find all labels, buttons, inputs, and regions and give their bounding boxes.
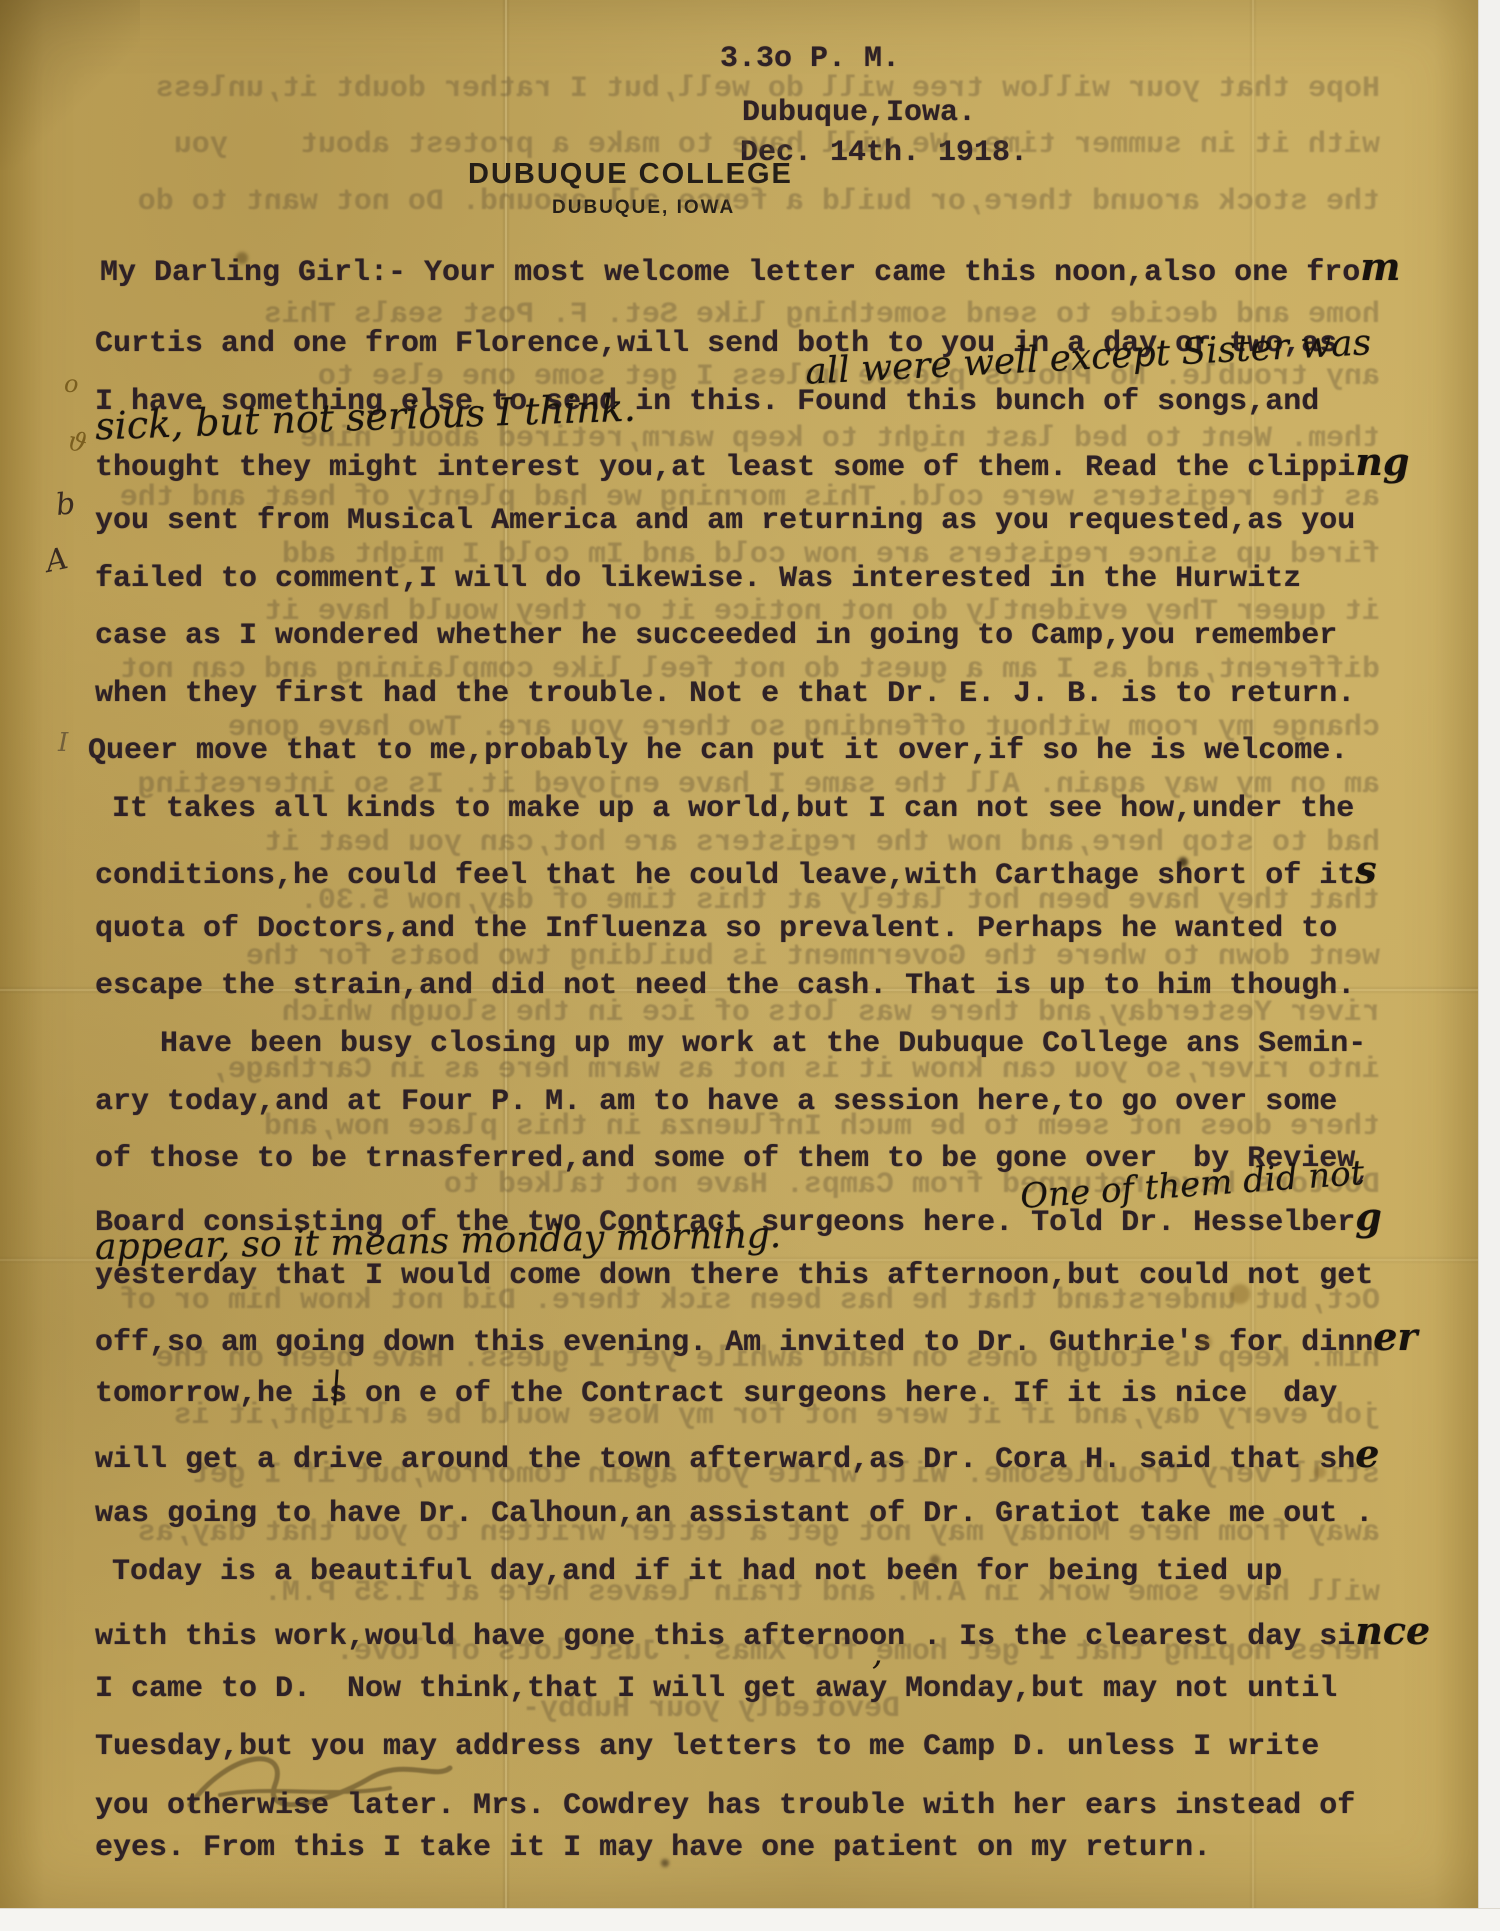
typed-line: was going to have Dr. Calhoun,an assista… bbox=[95, 1497, 1373, 1531]
typed-line: thought they might interest you,at least… bbox=[95, 445, 1409, 485]
typed-line: escape the strain,and did not need the c… bbox=[95, 969, 1355, 1003]
paper-stain bbox=[1314, 1466, 1326, 1478]
paper-stain bbox=[661, 1859, 669, 1867]
margin-pen-mark: o bbox=[64, 372, 78, 396]
typed-line: eyes. From this I take it I may have one… bbox=[95, 1831, 1211, 1865]
handwritten-suffix: er bbox=[1373, 1314, 1417, 1359]
typed-line: case as I wondered whether he succeeded … bbox=[95, 619, 1337, 653]
typed-line: ary today,and at Four P. M. am to have a… bbox=[95, 1085, 1337, 1119]
margin-pen-mark: I bbox=[58, 730, 68, 756]
margin-pen-mark: , bbox=[872, 1636, 883, 1670]
paper-stain bbox=[1230, 1284, 1250, 1304]
handwritten-suffix: ng bbox=[1355, 439, 1409, 484]
letter-paper: 3.3o P. M. Dubuque,Iowa. Dec. 14th. 1918… bbox=[0, 0, 1478, 1908]
typed-line: you otherwise later. Mrs. Cowdrey has tr… bbox=[95, 1789, 1355, 1823]
margin-pen-mark: | bbox=[329, 1368, 344, 1405]
typed-line: when they first had the trouble. Not e t… bbox=[95, 677, 1355, 711]
bleedthrough-line: Hope that your willow tree will do well,… bbox=[50, 72, 1380, 106]
letter-scan: 3.3o P. M. Dubuque,Iowa. Dec. 14th. 1918… bbox=[0, 0, 1500, 1931]
handwritten-suffix: m bbox=[1360, 244, 1400, 289]
handwritten-suffix: e bbox=[1355, 1431, 1379, 1476]
typed-line: My Darling Girl:- Your most welcome lett… bbox=[100, 250, 1400, 290]
margin-pen-mark: b bbox=[54, 489, 76, 521]
typed-line: Today is a beautiful day,and if it had n… bbox=[112, 1555, 1282, 1589]
bleedthrough-line: the stock around there,or build a fence … bbox=[50, 185, 1380, 219]
scan-background-right bbox=[1478, 0, 1500, 1931]
scan-background-bottom bbox=[0, 1908, 1500, 1931]
typed-line: I came to D. Now think,that I will get a… bbox=[95, 1672, 1337, 1706]
typed-line: Tuesday,but you may address any letters … bbox=[95, 1730, 1319, 1764]
handwritten-suffix: s bbox=[1355, 847, 1376, 892]
typed-line: Have been busy closing up my work at the… bbox=[160, 1027, 1366, 1061]
bleedthrough-line: with it in summer time. We will have to … bbox=[50, 128, 1380, 162]
typed-line: Queer move that to me,probably he can pu… bbox=[88, 734, 1348, 768]
paper-stain bbox=[1178, 857, 1188, 867]
paper-stain bbox=[930, 1555, 940, 1565]
paper-stain bbox=[1198, 1335, 1212, 1349]
typed-line: with this work,would have gone this afte… bbox=[95, 1614, 1430, 1654]
paper-stain bbox=[236, 252, 248, 264]
typed-line: off,so am going down this evening. Am in… bbox=[95, 1320, 1417, 1360]
typed-line: It takes all kinds to make up a world,bu… bbox=[112, 792, 1354, 826]
typed-line: tomorrow,he is on e of the Contract surg… bbox=[95, 1377, 1337, 1411]
typed-line: quota of Doctors,and the Influenza so pr… bbox=[95, 912, 1337, 946]
time-note: 3.3o P. M. bbox=[720, 42, 900, 76]
handwritten-suffix: nce bbox=[1355, 1608, 1430, 1653]
margin-pen-mark: , bbox=[1356, 1152, 1366, 1184]
typed-line: failed to comment,I will do likewise. Wa… bbox=[95, 562, 1301, 596]
typed-line: you sent from Musical America and am ret… bbox=[95, 504, 1355, 538]
typed-line: will get a drive around the town afterwa… bbox=[95, 1437, 1379, 1477]
handwritten-suffix: g bbox=[1355, 1194, 1382, 1239]
